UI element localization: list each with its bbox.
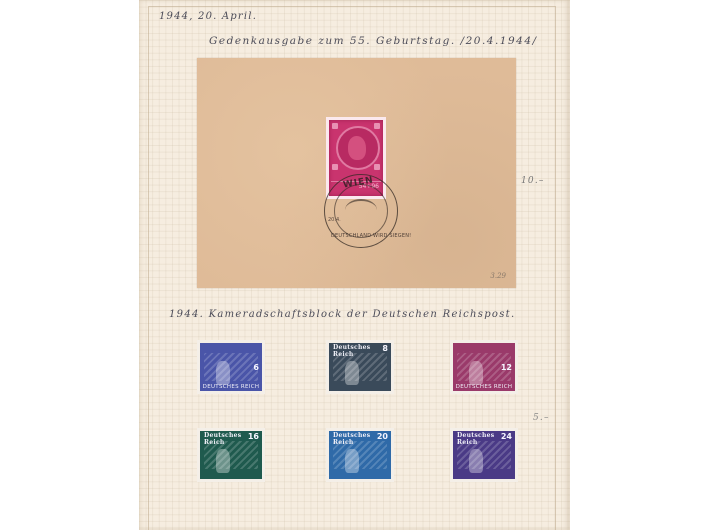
stamp-1[interactable]: DEUTSCHES REICH6	[197, 340, 265, 394]
section2-title: 1944. Kameradschaftsblock der Deutschen …	[169, 309, 515, 320]
stamp-face: Deutsches Reich16	[200, 431, 262, 479]
section1-price: 10.–	[521, 176, 545, 186]
stamp-face: DEUTSCHES REICH6	[200, 343, 262, 391]
stamp-country-label: DEUTSCHES REICH	[453, 384, 515, 390]
postmark-date: 20.4.	[328, 217, 341, 223]
corner-ornament-icon	[374, 123, 380, 129]
postmark-slogan: DEUTSCHLAND WIRD SIEGEN!	[331, 233, 411, 239]
stamp-4[interactable]: Deutsches Reich16	[197, 428, 265, 482]
stamp-value: 24	[501, 432, 512, 441]
eagle-icon	[345, 199, 377, 221]
stamp-6[interactable]: Deutsches Reich24	[450, 428, 518, 482]
heading-date: 1944, 20. April.	[159, 11, 257, 22]
figure-icon	[345, 449, 359, 473]
stamp-face: Deutsches Reich24	[453, 431, 515, 479]
stamp-face: DEUTSCHES REICH12	[453, 343, 515, 391]
stamp-value: 16	[248, 432, 259, 441]
stamp-value: 8	[382, 344, 388, 353]
stamp-country-label: DEUTSCHES REICH	[200, 384, 262, 390]
stamp-face: Deutsches Reich8	[329, 343, 391, 391]
section1-title: Gedenkausgabe zum 55. Geburtstag. /20.4.…	[209, 35, 538, 47]
stamp-3[interactable]: DEUTSCHES REICH12	[450, 340, 518, 394]
pencil-note: 3.29	[490, 272, 506, 280]
figure-icon	[469, 449, 483, 473]
figure-icon	[216, 361, 230, 385]
stamp-value: 12	[501, 363, 512, 372]
figure-icon	[216, 449, 230, 473]
corner-ornament-icon	[374, 164, 380, 170]
portrait-medallion-icon	[336, 126, 380, 170]
corner-ornament-icon	[332, 164, 338, 170]
corner-ornament-icon	[332, 123, 338, 129]
stamp-2[interactable]: Deutsches Reich8	[326, 340, 394, 394]
figure-icon	[345, 361, 359, 385]
cover-card[interactable]: 54+96 WIEN 20.4. DEUTSCHLAND WIRD SIEGEN…	[197, 58, 516, 288]
stamp-value: 6	[253, 363, 259, 372]
stamp-face: Deutsches Reich20	[329, 431, 391, 479]
stamp-scene-icon	[204, 353, 258, 381]
section2-price: 5.–	[533, 413, 550, 423]
stamp-value: 20	[377, 432, 388, 441]
postmark: WIEN 20.4. DEUTSCHLAND WIRD SIEGEN!	[324, 174, 398, 248]
album-page: 1944, 20. April. Gedenkausgabe zum 55. G…	[139, 0, 570, 530]
figure-icon	[469, 361, 483, 385]
stamp-5[interactable]: Deutsches Reich20	[326, 428, 394, 482]
